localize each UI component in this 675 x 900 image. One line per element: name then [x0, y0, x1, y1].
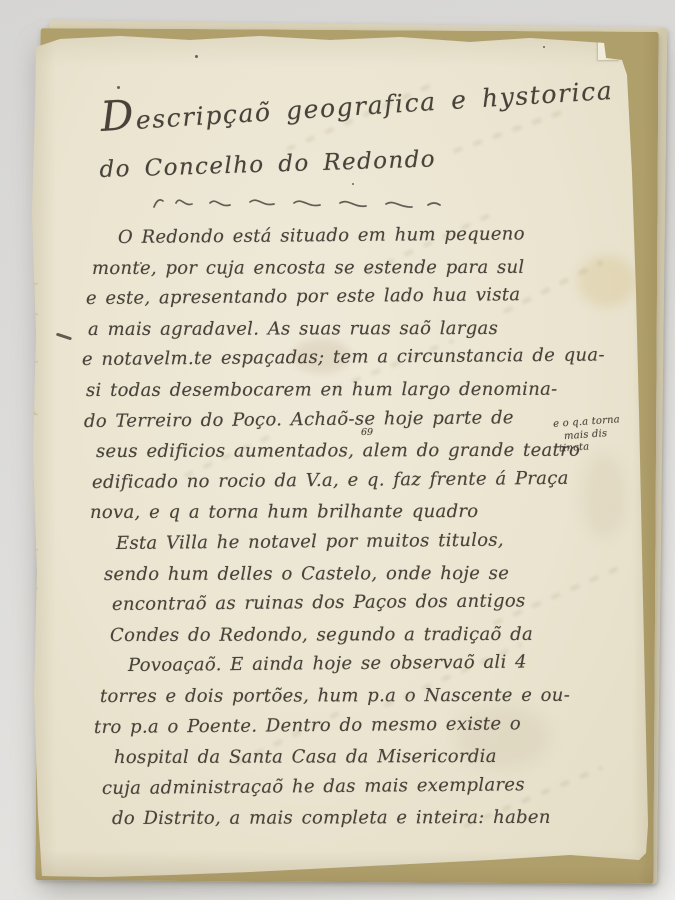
manuscript-text-line: torres e dois portões, hum p.a o Nascent… — [100, 681, 630, 713]
manuscript-text-line: edificado no rocio da V.a, e q. faz fren… — [92, 463, 630, 498]
manuscript-text-line: Povoaçaõ. E ainda hoje se observaõ ali 4 — [128, 647, 630, 682]
photo-background: Descripçaõ geografica e hystorica do Con… — [0, 0, 675, 900]
manuscript-text-line: do Terreiro do Poço. Achaõ-se hoje parte… — [84, 402, 630, 437]
ink-speck — [195, 55, 198, 58]
manuscript-text-line: e notavelm.te espaçadas; tem a circunsta… — [82, 341, 630, 376]
manuscript-text-line: nova, e q a torna hum brilhante quadro — [90, 497, 630, 529]
manuscript-page: Descripçaõ geografica e hystorica do Con… — [30, 33, 652, 880]
manuscript-text-line: e este, apresentando por este lado hua v… — [86, 279, 630, 314]
manuscript-text-line: tro p.a o Poente. Dentro do mesmo existe… — [94, 708, 630, 743]
document-title-line2: do Concelho do Redondo — [99, 146, 436, 183]
ink-speck — [352, 183, 354, 185]
body-text: O Redondo está situado em hum pequenomon… — [30, 223, 630, 835]
manuscript-text-line: si todas desembocarem en hum largo denom… — [86, 375, 630, 407]
manuscript-text-line: cuja administraçaõ he das mais exemplare… — [102, 769, 630, 804]
ink-speck — [117, 86, 120, 89]
manuscript-text-line: seus edificios aumentados, alem do grand… — [96, 436, 630, 468]
manuscript-text-line: encontraõ as ruinas dos Paços dos antigo… — [112, 586, 630, 621]
ink-flourish-divider-icon — [148, 191, 448, 217]
ink-speck — [543, 46, 545, 48]
interline-correction-number: 69 — [361, 427, 373, 438]
manuscript-text-line: O Redondo está situado em hum pequeno — [118, 219, 630, 254]
manuscript-text-line: do Distrito, a mais completa e inteira: … — [112, 803, 630, 835]
manuscript-text-line: hospital da Santa Casa da Misericordia — [114, 742, 630, 774]
manuscript-text-line: Esta Villa he notavel por muitos titulos… — [116, 524, 630, 559]
document-title-line1: Descripçaõ geografica e hystorica — [99, 61, 614, 141]
